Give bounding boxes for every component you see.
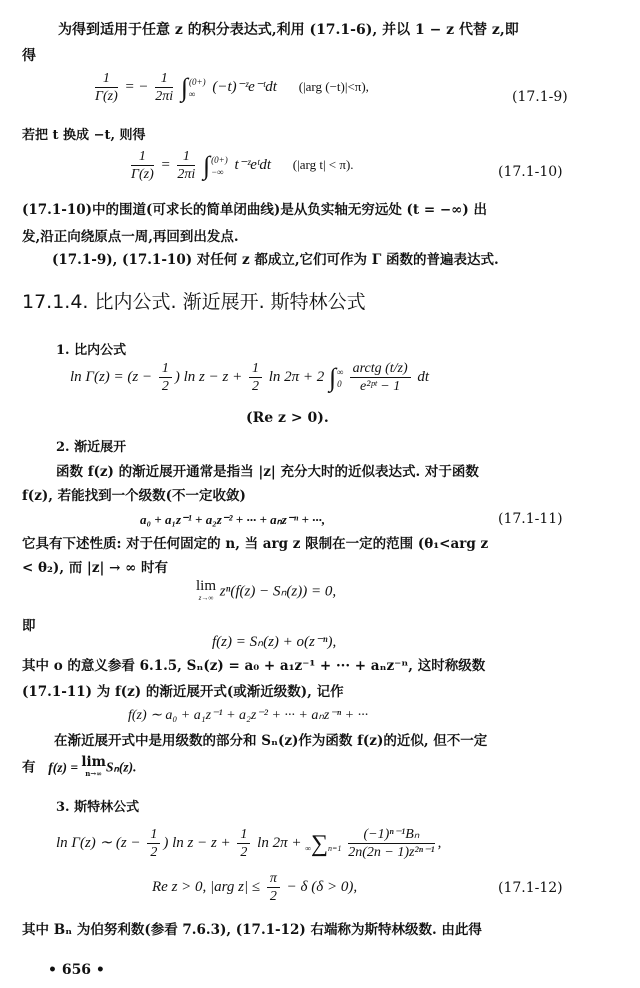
- integral-limits: (0+)−∞: [211, 154, 228, 178]
- paragraph-line: 其中 o 的意义参看 6.1.5, Sₙ(z) = a₀ + a₁z⁻¹ + ·…: [22, 656, 485, 676]
- paragraph-line: 为得到适用于任意 z 的积分表达式,利用 (17.1-6), 并以 1 − z …: [58, 20, 519, 40]
- summation-sign: ∞∑n=1: [305, 832, 341, 856]
- equation-stirling: ln Γ(z) ∼ (z − 12) ln z − z + 12 ln 2π +…: [56, 826, 441, 861]
- integral-sign: ∫: [181, 73, 188, 102]
- equation-little-o: f(z) = Sₙ(z) + o(z⁻ⁿ),: [212, 632, 336, 652]
- page-number: • 656 •: [48, 960, 105, 980]
- paragraph-line: 发,沿正向绕原点一周,再回到出发点.: [22, 227, 239, 247]
- fraction: π2: [267, 870, 280, 905]
- paragraph-line: (17.1-10)中的围道(可求长的简单闭曲线)是从负实轴无穷远处 (t = −…: [22, 200, 487, 220]
- equation-partial-sum-limit: 有 f(z) = limn→∞Sₙ(z).: [22, 756, 136, 780]
- limit-operator: limn→∞: [81, 756, 106, 780]
- fraction: 12: [147, 826, 160, 861]
- equation-condition: (Re z > 0).: [246, 408, 329, 428]
- fraction: (−1)ⁿ⁻¹Bₙ2n(2n − 1)z²ⁿ⁻¹: [348, 826, 434, 861]
- fraction: 12πi: [177, 148, 195, 183]
- integral-sign: ∫: [329, 363, 336, 392]
- equation-number: (17.1-9): [512, 89, 568, 105]
- paragraph-line: 得: [22, 46, 36, 66]
- paragraph-line: 其中 Bₙ 为伯努利数(参看 7.6.3), (17.1-12) 右端称为斯特林…: [22, 920, 482, 940]
- paragraph-line: 若把 t 换成 −t, 则得: [22, 126, 146, 146]
- subsection-heading: 2. 渐近展开: [56, 438, 126, 458]
- equation-stirling-condition: Re z > 0, |arg z| ≤ π2 − δ (δ > 0),: [152, 870, 357, 905]
- paragraph-line: 即: [22, 616, 36, 636]
- equation-number: (17.1-11): [498, 511, 563, 527]
- paragraph-line: (17.1-9), (17.1-10) 对任何 z 都成立,它们可作为 Γ 函数…: [52, 250, 499, 270]
- equation-asymptotic: f(z) ∼ a₀ + a₁z⁻¹ + a₂z⁻² + ··· + aₙz⁻ⁿ …: [128, 706, 368, 726]
- fraction: 12: [237, 826, 250, 861]
- fraction: 1Γ(z): [95, 70, 118, 105]
- equation-number: (17.1-10): [498, 164, 563, 180]
- paragraph-line: 它具有下述性质: 对于任何固定的 n, 当 arg z 限制在一定的范围 (θ₁…: [22, 534, 488, 554]
- paragraph-line: < θ₂), 而 |z| → ∞ 时有: [22, 558, 168, 578]
- fraction: 12: [249, 360, 262, 395]
- fraction: arctg (t/z)e²ᵖᵗ − 1: [350, 360, 411, 395]
- paragraph-line: (17.1-11) 为 f(z) 的渐近展开式(或渐近级数), 记作: [22, 682, 344, 702]
- subsection-heading: 1. 比内公式: [56, 341, 126, 361]
- paragraph-line: 在渐近展开式中是用级数的部分和 Sₙ(z)作为函数 f(z)的近似, 但不一定: [54, 731, 487, 751]
- fraction: 12: [159, 360, 172, 395]
- equation-17-1-9: 1Γ(z) = − 12πi ∫(0+)∞ (−t)⁻ᶻe⁻ᵗdt (|arg …: [92, 70, 369, 105]
- section-heading: 17.1.4. 比内公式. 渐近展开. 斯特林公式: [22, 292, 366, 312]
- equation-limit: limz→∞ zⁿ(f(z) − Sₙ(z)) = 0,: [196, 580, 336, 604]
- equation-17-1-10: 1Γ(z) = 12πi ∫(0+)−∞ t⁻ᶻeᵗdt (|arg t| < …: [128, 148, 354, 183]
- integral-sign: ∫: [203, 151, 210, 180]
- paragraph-line: 函数 f(z) 的渐近展开通常是指当 |z| 充分大时的近似表达式. 对于函数: [56, 462, 479, 482]
- fraction: 12πi: [155, 70, 173, 105]
- limit-operator: limz→∞: [196, 580, 216, 604]
- paragraph-line: f(z), 若能找到一个级数(不一定收敛): [22, 486, 246, 506]
- fraction: 1Γ(z): [131, 148, 154, 183]
- equation-number: (17.1-12): [498, 880, 563, 896]
- integral-limits: ∞0: [337, 366, 343, 390]
- equation-binet: ln Γ(z) = (z − 12) ln z − z + 12 ln 2π +…: [70, 360, 429, 395]
- equation-17-1-11: a₀ + a₁z⁻¹ + a₂z⁻² + ··· + aₙz⁻ⁿ + ···,: [140, 510, 325, 530]
- subsection-heading: 3. 斯特林公式: [56, 798, 139, 818]
- integral-limits: (0+)∞: [189, 76, 206, 100]
